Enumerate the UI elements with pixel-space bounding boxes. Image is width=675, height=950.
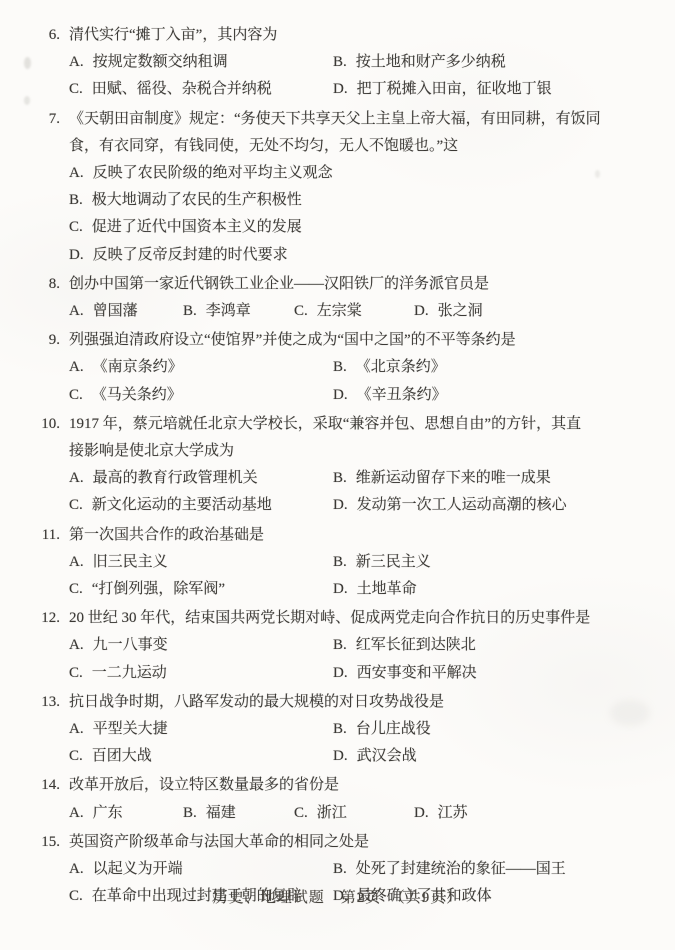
option-text: 张之洞 [438, 303, 483, 319]
question-block: 7.《天朝田亩制度》规定：“务使天下共享天父上主皇上帝大福，有田同耕，有饭同食，… [30, 106, 657, 269]
option-label: A. [69, 165, 84, 181]
option-label: B. [333, 54, 347, 70]
option-text: 维新运动留存下来的唯一成果 [356, 470, 551, 486]
question-body: 20 世纪 30 年代，结束国共两党长期对峙、促成两党走向合作抗日的历史事件是A… [69, 605, 657, 687]
options-row: D.反映了反帝反封建的时代要求 [69, 242, 657, 269]
option-label: A. [69, 470, 84, 486]
question-block: 12.20 世纪 30 年代，结束国共两党长期对峙、促成两党走向合作抗日的历史事… [30, 605, 657, 687]
option-a: A.《南京条约》 [69, 354, 333, 381]
option-text: 曾国藩 [93, 303, 138, 319]
question-number: 9. [30, 327, 60, 409]
option-label: B. [333, 359, 347, 375]
option-a: A.广东 [69, 800, 183, 827]
question-number: 8. [30, 271, 60, 325]
question-stem-line: 第一次国共合作的政治基础是 [69, 522, 657, 549]
option-label: A. [69, 861, 84, 877]
option-b: B.福建 [183, 800, 294, 827]
question-body: 清代实行“摊丁入亩”，其内容为A.按规定数额交纳租调B.按土地和财产多少纳税C.… [69, 22, 657, 104]
option-label: C. [294, 303, 308, 319]
options-row: A.九一八事变B.红军长征到达陕北 [69, 632, 657, 659]
options-row: A.最高的教育行政管理机关B.维新运动留存下来的唯一成果 [69, 465, 657, 492]
option-d: D.西安事变和平解决 [333, 660, 477, 687]
option-label: B. [333, 721, 347, 737]
options-row: C.“打倒列强，除军阀”D.土地革命 [69, 576, 657, 603]
option-d: D.土地革命 [333, 576, 417, 603]
option-label: D. [414, 805, 429, 821]
option-d: D.《辛丑条约》 [333, 382, 447, 409]
scanned-exam-page: 6.清代实行“摊丁入亩”，其内容为A.按规定数额交纳租调B.按土地和财产多少纳税… [0, 0, 675, 950]
option-label: B. [183, 303, 197, 319]
option-text: 左宗棠 [317, 303, 362, 319]
option-label: A. [69, 805, 84, 821]
option-label: B. [69, 192, 83, 208]
option-c: C.促进了近代中国资本主义的发展 [69, 214, 302, 241]
option-a: A.九一八事变 [69, 632, 333, 659]
option-label: C. [69, 81, 83, 97]
option-text: 发动第一次工人运动高潮的核心 [357, 497, 567, 513]
option-text: 红军长征到达陕北 [356, 637, 476, 653]
question-stem-line: 接影响是使北京大学成为 [69, 438, 657, 465]
option-label: B. [333, 637, 347, 653]
option-label: D. [333, 497, 348, 513]
option-text: 浙江 [317, 805, 347, 821]
option-b: B.台儿庄战役 [333, 716, 431, 743]
question-stem-line: 20 世纪 30 年代，结束国共两党长期对峙、促成两党走向合作抗日的历史事件是 [69, 605, 657, 632]
option-text: 把丁税摊入田亩，征收地丁银 [357, 81, 552, 97]
options-row: C.促进了近代中国资本主义的发展 [69, 214, 657, 241]
options-row: C.一二九运动D.西安事变和平解决 [69, 660, 657, 687]
options-row: A.广东B.福建C.浙江D.江苏 [69, 800, 657, 827]
option-label: A. [69, 359, 84, 375]
option-text: 江苏 [438, 805, 468, 821]
question-stem-line: 《天朝田亩制度》规定：“务使天下共享天父上主皇上帝大福，有田同耕，有饭同 [69, 106, 657, 133]
option-label: D. [333, 581, 348, 597]
question-number: 11. [30, 522, 60, 604]
option-text: 百团大战 [92, 748, 152, 764]
option-label: D. [333, 748, 348, 764]
option-label: C. [69, 581, 83, 597]
option-text: 西安事变和平解决 [357, 665, 477, 681]
option-text: “打倒列强，除军阀” [92, 581, 225, 597]
option-text: 以起义为开端 [93, 861, 183, 877]
option-label: B. [333, 861, 347, 877]
option-label: A. [69, 637, 84, 653]
option-b: B.《北京条约》 [333, 354, 446, 381]
option-b: B.处死了封建统治的象征——国王 [333, 856, 566, 883]
option-label: C. [69, 748, 83, 764]
option-text: 九一八事变 [93, 637, 168, 653]
option-a: A.平型关大捷 [69, 716, 333, 743]
question-stem-line: 食，有衣同穿，有钱同使，无处不均匀，无人不饱暖也。”这 [69, 133, 657, 160]
option-c: C.“打倒列强，除军阀” [69, 576, 333, 603]
option-text: 反映了反帝反封建的时代要求 [93, 247, 288, 263]
option-c: C.田赋、徭役、杂税合并纳税 [69, 76, 333, 103]
question-body: 改革开放后，设立特区数量最多的省份是A.广东B.福建C.浙江D.江苏 [69, 772, 657, 826]
question-block: 9.列强强迫清政府设立“使馆界”并使之成为“国中之国”的不平等条约是A.《南京条… [30, 327, 657, 409]
option-label: A. [69, 303, 84, 319]
option-b: B.按土地和财产多少纳税 [333, 49, 506, 76]
option-a: A.曾国藩 [69, 298, 183, 325]
option-b: B.维新运动留存下来的唯一成果 [333, 465, 551, 492]
options-row: C.新文化运动的主要活动基地D.发动第一次工人运动高潮的核心 [69, 492, 657, 519]
option-a: A.旧三民主义 [69, 549, 333, 576]
question-block: 11.第一次国共合作的政治基础是A.旧三民主义B.新三民主义C.“打倒列强，除军… [30, 522, 657, 604]
option-d: D.反映了反帝反封建的时代要求 [69, 242, 288, 269]
question-number: 13. [30, 689, 60, 771]
question-stem-line: 列强强迫清政府设立“使馆界”并使之成为“国中之国”的不平等条约是 [69, 327, 657, 354]
options-row: A.以起义为开端B.处死了封建统治的象征——国王 [69, 856, 657, 883]
options-row: C.百团大战D.武汉会战 [69, 743, 657, 770]
option-c: C.浙江 [294, 800, 414, 827]
question-number: 12. [30, 605, 60, 687]
option-label: B. [333, 554, 347, 570]
question-stem-line: 抗日战争时期，八路军发动的最大规模的对日攻势战役是 [69, 689, 657, 716]
option-label: A. [69, 721, 84, 737]
option-text: 按规定数额交纳租调 [93, 54, 228, 70]
option-text: 反映了农民阶级的绝对平均主义观念 [93, 165, 333, 181]
option-label: C. [69, 497, 83, 513]
option-label: C. [69, 665, 83, 681]
option-text: 一二九运动 [92, 665, 167, 681]
question-block: 10.1917 年，蔡元培就任北京大学校长，采取“兼容并包、思想自由”的方针，其… [30, 411, 657, 520]
option-label: D. [414, 303, 429, 319]
option-text: 平型关大捷 [93, 721, 168, 737]
option-text: 武汉会战 [357, 748, 417, 764]
option-text: 《北京条约》 [356, 359, 446, 375]
question-number: 10. [30, 411, 60, 520]
question-body: 第一次国共合作的政治基础是A.旧三民主义B.新三民主义C.“打倒列强，除军阀”D… [69, 522, 657, 604]
option-text: 新三民主义 [356, 554, 431, 570]
option-b: B.红军长征到达陕北 [333, 632, 476, 659]
option-text: 土地革命 [357, 581, 417, 597]
question-block: 13.抗日战争时期，八路军发动的最大规模的对日攻势战役是A.平型关大捷B.台儿庄… [30, 689, 657, 771]
option-text: 《辛丑条约》 [357, 387, 447, 403]
option-label: C. [69, 387, 83, 403]
option-label: C. [294, 805, 308, 821]
option-a: A.以起义为开端 [69, 856, 333, 883]
option-c: C.左宗棠 [294, 298, 414, 325]
option-text: 处死了封建统治的象征——国王 [356, 861, 566, 877]
option-text: 按土地和财产多少纳税 [356, 54, 506, 70]
option-d: D.发动第一次工人运动高潮的核心 [333, 492, 567, 519]
option-d: D.江苏 [414, 800, 468, 827]
question-stem-line: 创办中国第一家近代钢铁工业企业——汉阳铁厂的洋务派官员是 [69, 271, 657, 298]
option-label: D. [69, 247, 84, 263]
option-text: 李鸿章 [206, 303, 251, 319]
option-label: B. [333, 470, 347, 486]
options-row: A.平型关大捷B.台儿庄战役 [69, 716, 657, 743]
option-a: A.最高的教育行政管理机关 [69, 465, 333, 492]
option-label: B. [183, 805, 197, 821]
options-row: A.曾国藩B.李鸿章C.左宗棠D.张之洞 [69, 298, 657, 325]
options-row: A.按规定数额交纳租调B.按土地和财产多少纳税 [69, 49, 657, 76]
question-stem-line: 改革开放后，设立特区数量最多的省份是 [69, 772, 657, 799]
option-text: 台儿庄战役 [356, 721, 431, 737]
question-block: 8.创办中国第一家近代钢铁工业企业——汉阳铁厂的洋务派官员是A.曾国藩B.李鸿章… [30, 271, 657, 325]
option-text: 最高的教育行政管理机关 [93, 470, 258, 486]
option-b: B.极大地调动了农民的生产积极性 [69, 187, 302, 214]
option-text: 《马关条约》 [92, 387, 182, 403]
option-d: D.张之洞 [414, 298, 483, 325]
option-text: 促进了近代中国资本主义的发展 [92, 219, 302, 235]
question-number: 6. [30, 22, 60, 104]
options-row: C.田赋、徭役、杂税合并纳税D.把丁税摊入田亩，征收地丁银 [69, 76, 657, 103]
option-d: D.把丁税摊入田亩，征收地丁银 [333, 76, 552, 103]
options-row: B.极大地调动了农民的生产积极性 [69, 187, 657, 214]
question-body: 抗日战争时期，八路军发动的最大规模的对日攻势战役是A.平型关大捷B.台儿庄战役C… [69, 689, 657, 771]
option-text: 旧三民主义 [93, 554, 168, 570]
option-text: 极大地调动了农民的生产积极性 [92, 192, 302, 208]
page-footer: 历史、地理试题 第2页 （共9页） [0, 886, 675, 907]
question-body: 列强强迫清政府设立“使馆界”并使之成为“国中之国”的不平等条约是A.《南京条约》… [69, 327, 657, 409]
option-text: 福建 [206, 805, 236, 821]
question-block: 6.清代实行“摊丁入亩”，其内容为A.按规定数额交纳租调B.按土地和财产多少纳税… [30, 22, 657, 104]
option-b: B.新三民主义 [333, 549, 431, 576]
question-body: 创办中国第一家近代钢铁工业企业——汉阳铁厂的洋务派官员是A.曾国藩B.李鸿章C.… [69, 271, 657, 325]
option-label: D. [333, 665, 348, 681]
question-body: 《天朝田亩制度》规定：“务使天下共享天父上主皇上帝大福，有田同耕，有饭同食，有衣… [69, 106, 657, 269]
options-row: A.《南京条约》B.《北京条约》 [69, 354, 657, 381]
options-row: A.旧三民主义B.新三民主义 [69, 549, 657, 576]
option-text: 《南京条约》 [93, 359, 183, 375]
question-block: 14.改革开放后，设立特区数量最多的省份是A.广东B.福建C.浙江D.江苏 [30, 772, 657, 826]
question-number: 7. [30, 106, 60, 269]
option-label: A. [69, 54, 84, 70]
option-d: D.武汉会战 [333, 743, 417, 770]
option-text: 广东 [93, 805, 123, 821]
question-stem-line: 1917 年，蔡元培就任北京大学校长，采取“兼容并包、思想自由”的方针，其直 [69, 411, 657, 438]
option-c: C.《马关条约》 [69, 382, 333, 409]
question-list: 6.清代实行“摊丁入亩”，其内容为A.按规定数额交纳租调B.按土地和财产多少纳税… [30, 22, 657, 913]
option-label: A. [69, 554, 84, 570]
option-c: C.百团大战 [69, 743, 333, 770]
options-row: C.《马关条约》D.《辛丑条约》 [69, 382, 657, 409]
question-number: 14. [30, 772, 60, 826]
options-row: A.反映了农民阶级的绝对平均主义观念 [69, 160, 657, 187]
option-label: C. [69, 219, 83, 235]
question-stem-line: 英国资产阶级革命与法国大革命的相同之处是 [69, 829, 657, 856]
option-label: D. [333, 387, 348, 403]
question-body: 1917 年，蔡元培就任北京大学校长，采取“兼容并包、思想自由”的方针，其直接影… [69, 411, 657, 520]
option-text: 新文化运动的主要活动基地 [92, 497, 272, 513]
option-c: C.一二九运动 [69, 660, 333, 687]
option-a: A.按规定数额交纳租调 [69, 49, 333, 76]
option-text: 田赋、徭役、杂税合并纳税 [92, 81, 272, 97]
question-stem-line: 清代实行“摊丁入亩”，其内容为 [69, 22, 657, 49]
option-c: C.新文化运动的主要活动基地 [69, 492, 333, 519]
option-b: B.李鸿章 [183, 298, 294, 325]
option-label: D. [333, 81, 348, 97]
option-a: A.反映了农民阶级的绝对平均主义观念 [69, 160, 333, 187]
